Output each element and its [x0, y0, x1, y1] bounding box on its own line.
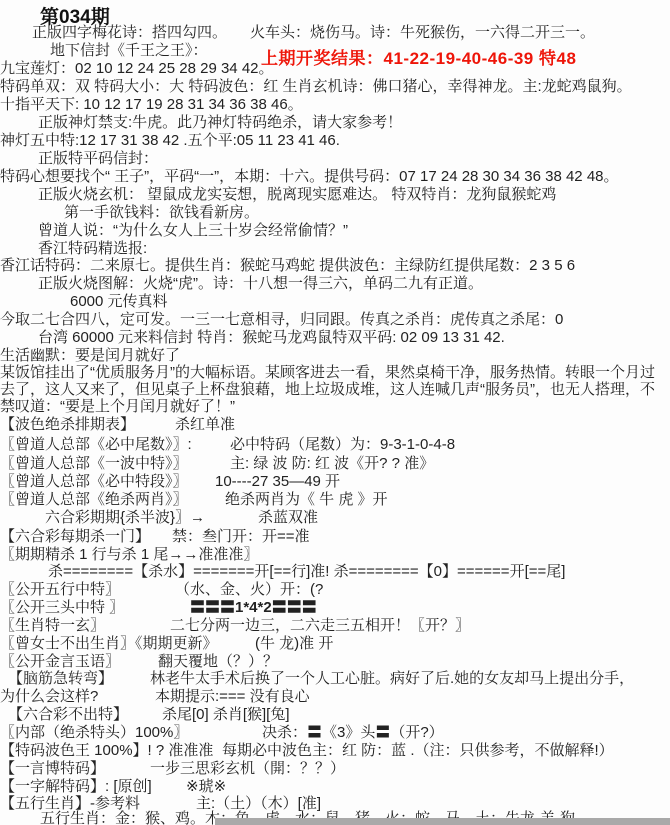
- text-segment: 【一字解特码】: [原创]: [0, 778, 152, 795]
- text-segment: 〖曾道人总部《必中尾数》〗:: [0, 436, 192, 453]
- text-line: 〖内部（绝杀特头）100%〗决杀：〓《3》头〓（开?）: [0, 724, 670, 741]
- text-segment: 林老牛太手术后换了一个人工心脏。病好了后.她的女友却马上提出分手，: [150, 670, 634, 687]
- text-segment: 〖公开五行中特〗: [0, 581, 120, 598]
- text-segment: 〖曾道人总部《绝杀两肖》〗: [0, 491, 188, 508]
- text-line: 正版四字梅花诗：搭四勾四。火车头：烧伤马。诗：牛死猴伤，一六得二开三一。: [0, 24, 670, 41]
- text-line: 〖曾道人总部《绝杀两肖》〗绝杀两肖为《 牛 虎 》开: [0, 491, 670, 508]
- text-segment: ※琥※: [186, 778, 226, 795]
- text-segment: 为什么会这样?: [0, 688, 98, 705]
- text-segment: 一步三思彩玄机（開：？？）: [150, 760, 345, 777]
- text-segment: 〖期期精杀 1 行与杀 1 尾→→准准准〗: [0, 546, 258, 563]
- text-line: 〖曾道人总部《一波中特》〗主: 绿 波 防: 红 波《开? ? 准》: [0, 455, 670, 472]
- text-segment: 神灯五中特:12 17 31 38 42 .五个平:05 11 23 41 46…: [0, 132, 340, 149]
- text-segment: 二七分两一边三，二六走三五相开！〖开？〗: [170, 617, 470, 634]
- text-line: 【六合彩不出特】杀尾[0] 杀肖[猴][兔]: [0, 706, 670, 723]
- scan-edge-artifact: [215, 818, 670, 825]
- text-segment: 六合彩期期{杀半波}〗→: [45, 509, 205, 526]
- text-segment: 杀========【杀水】=======开[==行]准! 杀========【0…: [48, 563, 565, 580]
- text-segment: 杀蓝双准: [258, 509, 318, 526]
- text-line: 香江特码精选报:: [0, 240, 670, 257]
- text-line: 某饭馆挂出了“优质服务月”的大幅标语。某顾客进去一看，果然桌椅干净，服务热情。转…: [0, 364, 670, 381]
- text-segment: 正版火烧玄机： 望鼠成龙实妄想，脱离现实愿难达。 特双特肖：龙狗鼠猴蛇鸡: [38, 186, 556, 203]
- text-segment: 台湾 60000 元来料信封 特肖：猴蛇马龙鸡鼠特双平码: 02 09 13 3…: [38, 329, 505, 346]
- text-line: 六合彩期期{杀半波}〗→杀蓝双准: [0, 509, 670, 526]
- text-segment: 特码心想要找个“ 王子”，平码“一”，本期：十六。提供号码：07 17 24 2…: [0, 168, 619, 185]
- text-segment: 〖公开三头中特 〗: [0, 599, 124, 616]
- text-segment: 禁：叁门开：开==准: [172, 528, 310, 545]
- text-segment: 翻天覆地（？）？: [158, 653, 278, 670]
- text-line: 特码单双：双 特码大小：大 特码波色：红 生肖玄机诗：佛口猪心，幸得神龙。主:龙…: [0, 78, 670, 95]
- text-segment: 本期提示:=== 没有良心: [155, 688, 310, 705]
- text-segment: 香江话特码：二来原七。提供生肖：猴蛇马鸡蛇 提供波色：主绿防红提供尾数：2 3 …: [0, 257, 575, 274]
- text-segment: 第一手欲钱料：欲钱看新房。: [64, 204, 259, 221]
- text-segment: 〖公开金言玉语〗: [0, 653, 120, 670]
- text-segment: （水、金、火）开：(?: [175, 581, 323, 598]
- text-line: 台湾 60000 元来料信封 特肖：猴蛇马龙鸡鼠特双平码: 02 09 13 3…: [0, 329, 670, 346]
- text-segment: 【波色绝杀排期表】: [0, 416, 135, 433]
- text-line: 正版火烧图解：火烧“虎”。诗：十八想一得三六，单码二九有正道。: [0, 275, 670, 292]
- text-segment: 〖生肖特一玄〗: [0, 617, 105, 634]
- text-segment: 火车头：烧伤马。诗：牛死猴伤，一六得二开三一。: [250, 24, 595, 41]
- text-segment: 地下信封《千王之王》：: [50, 42, 208, 59]
- text-segment: 香江特码精选报:: [38, 240, 147, 257]
- text-segment: 〓〓〓1*4*2〓〓〓: [190, 599, 317, 616]
- text-line: 特码心想要找个“ 王子”，平码“一”，本期：十六。提供号码：07 17 24 2…: [0, 168, 670, 185]
- text-segment: 曾道人说：“为什么女人上三十岁会经常偷情？”: [38, 222, 348, 239]
- text-line: 第一手欲钱料：欲钱看新房。: [0, 204, 670, 221]
- text-segment: 10----27 35—49 开: [215, 473, 340, 490]
- text-segment: 【特码波色王 100%】! ? 准准准: [0, 742, 213, 759]
- text-segment: 绝杀两肖为《 牛 虎 》开: [225, 491, 388, 508]
- text-line: 正版特平码信封：: [0, 150, 670, 167]
- text-line: 【特码波色王 100%】! ? 准准准每期必中波色主：红 防：蓝 .（注：只供参…: [0, 742, 670, 759]
- text-line: 正版神灯禁支:牛虎。此乃神灯特码绝杀，请大家参考！: [0, 114, 670, 131]
- text-line: 〖公开金言玉语〗翻天覆地（？）？: [0, 653, 670, 670]
- text-line: 杀========【杀水】=======开[==行]准! 杀========【0…: [0, 563, 670, 580]
- text-segment: 某饭馆挂出了“优质服务月”的大幅标语。某顾客进去一看，果然桌椅干净，服务热情。转…: [0, 364, 655, 381]
- text-line: 神灯五中特:12 17 31 38 42 .五个平:05 11 23 41 46…: [0, 132, 670, 149]
- text-segment: 杀红单准: [175, 416, 235, 433]
- text-segment: 【六合彩不出特】: [8, 706, 128, 723]
- text-line: 〖期期精杀 1 行与杀 1 尾→→准准准〗: [0, 546, 670, 563]
- text-line: 香江话特码：二来原七。提供生肖：猴蛇马鸡蛇 提供波色：主绿防红提供尾数：2 3 …: [0, 257, 670, 274]
- text-line: 生活幽默：要是闰月就好了: [0, 347, 670, 364]
- text-segment: (牛 龙)准 开: [255, 635, 333, 652]
- text-segment: 〖曾女士不出生肖〗《期期更新》: [0, 635, 218, 652]
- text-line: 【六合彩每期杀一门】禁：叁门开：开==准: [0, 528, 670, 545]
- text-line: 〖生肖特一玄〗二七分两一边三，二六走三五相开！〖开？〗: [0, 617, 670, 634]
- text-line: 九宝莲灯：02 10 12 24 25 28 29 34 42。: [0, 60, 670, 77]
- text-segment: 〖曾道人总部《一波中特》〗: [0, 455, 188, 472]
- text-segment: 必中特码（尾数）为：9-3-1-0-4-8: [230, 436, 455, 453]
- text-line: 【脑筋急转弯】林老牛太手术后换了一个人工心脏。病好了后.她的女友却马上提出分手，: [0, 670, 670, 687]
- text-line: 正版火烧玄机： 望鼠成龙实妄想，脱离现实愿难达。 特双特肖：龙狗鼠猴蛇鸡: [0, 186, 670, 203]
- text-segment: 生活幽默：要是闰月就好了: [0, 347, 180, 364]
- text-line: 曾道人说：“为什么女人上三十岁会经常偷情？”: [0, 222, 670, 239]
- text-line: 〖公开三头中特 〗〓〓〓1*4*2〓〓〓: [0, 599, 670, 616]
- text-segment: 〖内部（绝杀特头）100%〗: [0, 724, 188, 741]
- text-segment: 【脑筋急转弯】: [8, 670, 113, 687]
- text-line: 禁叹道：“要是上个月闰月就好了！”: [0, 398, 670, 415]
- text-line: 〖曾道人总部《必中特段》〗10----27 35—49 开: [0, 473, 670, 490]
- text-segment: 正版特平码信封：: [38, 150, 158, 167]
- text-line: 十指平天下: 10 12 17 19 28 31 34 36 38 46。: [0, 96, 670, 113]
- text-segment: 〖曾道人总部《必中特段》〗: [0, 473, 188, 490]
- text-line: 今取二七合四八，定可发。一三一七意相寻，归同跟。传真之杀肖：虎传真之杀尾：0: [0, 311, 670, 328]
- text-segment: 禁叹道：“要是上个月闰月就好了！”: [0, 398, 235, 415]
- text-segment: 九宝莲灯：02 10 12 24 25 28 29 34 42。: [0, 60, 274, 77]
- text-segment: 去了，这人又来了，但见桌子上杯盘狼藉，地上垃圾成堆，这人连喊几声“服务员”，也无…: [0, 381, 655, 398]
- text-segment: 主: 绿 波 防: 红 波《开? ? 准》: [230, 455, 434, 472]
- text-line: 去了，这人又来了，但见桌子上杯盘狼藉，地上垃圾成堆，这人连喊几声“服务员”，也无…: [0, 381, 670, 398]
- text-segment: 正版神灯禁支:牛虎。此乃神灯特码绝杀，请大家参考！: [38, 114, 402, 131]
- scan-document: 第034期 上期开奖结果：41-22-19-40-46-39 特48 正版四字梅…: [0, 0, 670, 825]
- text-segment: 杀尾[0] 杀肖[猴][兔]: [162, 706, 290, 723]
- text-line: 6000 元传真料: [0, 293, 670, 310]
- text-segment: 正版火烧图解：火烧“虎”。诗：十八想一得三六，单码二九有正道。: [38, 275, 483, 292]
- text-line: 【波色绝杀排期表】杀红单准: [0, 416, 670, 433]
- text-line: 地下信封《千王之王》：: [0, 42, 670, 59]
- text-line: 为什么会这样?本期提示:=== 没有良心: [0, 688, 670, 705]
- text-segment: 6000 元传真料: [70, 293, 168, 310]
- text-line: 〖曾道人总部《必中尾数》〗:必中特码（尾数）为：9-3-1-0-4-8: [0, 436, 670, 453]
- text-segment: 每期必中波色主：红 防：蓝 .（注：只供参考，不做解释!）: [222, 742, 614, 759]
- text-segment: 【六合彩每期杀一门】: [0, 528, 150, 545]
- text-segment: 正版四字梅花诗：搭四勾四。: [32, 24, 227, 41]
- text-segment: 特码单双：双 特码大小：大 特码波色：红 生肖玄机诗：佛口猪心，幸得神龙。主:龙…: [0, 78, 632, 95]
- text-segment: 今取二七合四八，定可发。一三一七意相寻，归同跟。传真之杀肖：虎传真之杀尾：0: [0, 311, 563, 328]
- text-line: 〖公开五行中特〗（水、金、火）开：(?: [0, 581, 670, 598]
- text-line: 〖曾女士不出生肖〗《期期更新》(牛 龙)准 开: [0, 635, 670, 652]
- text-segment: 十指平天下: 10 12 17 19 28 31 34 36 38 46。: [0, 96, 303, 113]
- text-segment: 【一言博特码】: [0, 760, 105, 777]
- text-line: 【一言博特码】一步三思彩玄机（開：？？）: [0, 760, 670, 777]
- text-line: 【一字解特码】: [原创]※琥※: [0, 778, 670, 795]
- text-segment: 决杀：〓《3》头〓（开?）: [262, 724, 444, 741]
